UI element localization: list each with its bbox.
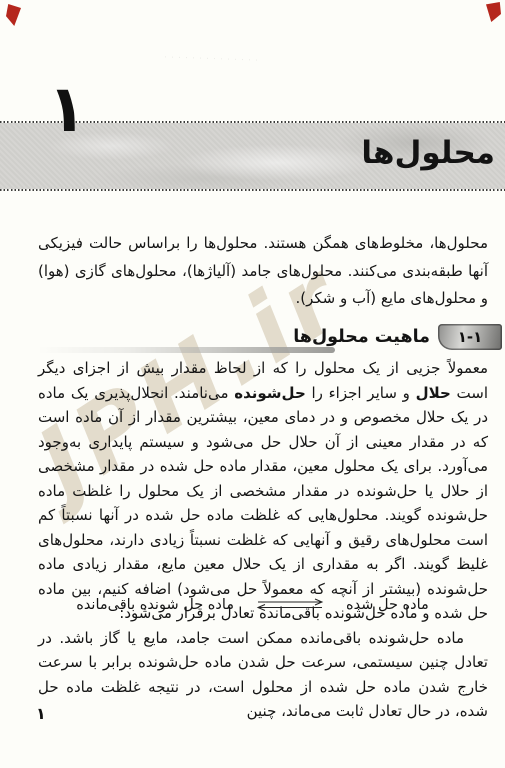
body-text-segment: می‌نامند. انحلال‌پذیری یک ماده در یک حلا… <box>38 384 488 623</box>
section-number: ۱-۱ <box>458 328 483 346</box>
page-number: ۱ <box>36 704 46 723</box>
chapter-number: ۱ <box>48 76 86 141</box>
section-number-badge: ۱-۱ <box>438 324 502 350</box>
equation-left-term: ماده حل شونده باقی‌مانده <box>76 597 234 613</box>
scan-noise <box>165 44 261 73</box>
section-title: ماهیت محلول‌ها <box>293 327 430 347</box>
equilibrium-equation: ماده حل شده ماده حل شونده باقی‌مانده <box>40 597 465 613</box>
equation-right-term: ماده حل شده <box>346 597 429 613</box>
corner-mark-right <box>486 2 501 22</box>
section-heading: ۱-۱ ماهیت محلول‌ها <box>293 324 502 350</box>
bold-term-solute: حل‌شونده <box>234 384 306 402</box>
section-underline <box>38 347 335 353</box>
bold-term-solvent: حلال <box>416 384 451 402</box>
closing-paragraph: ماده حل‌شونده باقی‌مانده ممکن است جامد، … <box>38 626 488 723</box>
corner-mark-left <box>6 4 21 26</box>
intro-paragraph: محلول‌ها، مخلوط‌های همگن هستند. محلول‌ها… <box>38 230 488 313</box>
chapter-title: محلول‌ها <box>361 135 495 171</box>
body-paragraph: معمولاً جزیی از یک محلول را که از لحاظ م… <box>38 356 488 626</box>
book-page: JPH.ir ۱ محلول‌ها محلول‌ها، مخلوط‌های هم… <box>0 0 505 768</box>
body-text-segment: و سایر اجزاء را <box>306 384 416 402</box>
equilibrium-arrow-icon <box>254 598 326 612</box>
